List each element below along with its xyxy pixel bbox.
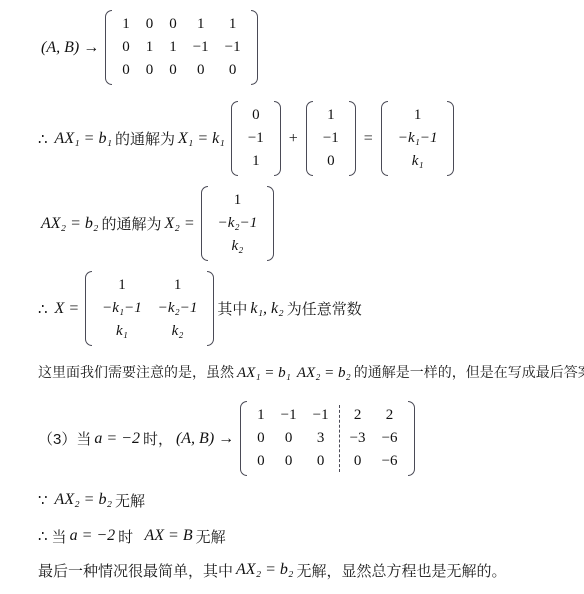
matrix-cell: 1 [249,404,273,427]
equation-ax-b: AX = B [145,527,193,545]
matrix-cell: −k₁−1 [390,127,446,150]
matrix-cell: −k₂−1 [210,212,266,235]
matrix-augmented: 1−1−1003000 22−3−60−6 [240,401,414,476]
final-remark-line: 最后一种情况很最简单，其中 AX₂ = b₂ 无解，显然总方程也是无解的。 [38,558,576,582]
matrix-cell: 1 [210,189,266,212]
matrix-cell: −6 [374,427,406,450]
vector-grid: 1−k₁−1k₁ [388,101,448,176]
equation-ax2-b2: AX₂ = b₂ [236,561,293,579]
note-paragraph: 这里面我们需要注意的是，虽然AX₁ = b₁AX₂ = b₂的通解是一样的，但是… [8,352,576,393]
label-arbitrary-constants: 为任意常数 [287,298,362,319]
left-paren [231,101,238,176]
therefore-symbol: ∴ [38,300,48,318]
label-no-solution: 无解 [115,490,145,511]
row-reduction-line: (A, B) → 10011011−1−100000 [38,10,576,85]
matrix-cell: −k₁−1 [94,297,150,320]
therefore-symbol: ∴ [38,130,48,148]
matrix-cell: 0 [161,13,185,36]
matrix-cell: 0 [249,427,273,450]
matrix-cell: 1 [114,13,138,36]
label-general-solution: 的通解为 [101,213,161,234]
matrix-cell: 0 [217,59,249,82]
because-no-solution-line: ∵ AX₂ = b₂ 无解 [38,488,576,512]
matrix-cell: 0 [249,450,273,473]
label-where: 其中 [217,298,247,319]
matrix-cell: 1 [161,36,185,59]
matrix-cell: −1 [185,36,217,59]
label-shi: 时 [118,526,141,547]
matrix-grid: 10011011−1−100000 [112,10,250,85]
equation-a-minus-2: a = −2 [70,527,116,545]
matrix-cell: −1 [273,404,305,427]
left-paren [85,271,92,346]
left-paren [201,186,208,261]
vector-grid: 1−k₂−1k₂ [208,186,268,261]
matrix-cell: 0 [273,427,305,450]
ab-arrow-expression: (A, B) → [176,430,234,448]
vector-grid: 1−10 [313,101,349,176]
matrix-cell: 0 [185,59,217,82]
equals-sign: = [364,130,373,148]
general-solution-x1-line: ∴ AX₁ = b₁ 的通解为 X₁ = k₁ 0−11 + 1−10 = 1−… [38,101,576,176]
equation-ax1-b1: AX₁ = b₁ [55,130,112,148]
vector-result-x1: 1−k₁−1k₁ [381,101,455,176]
matrix-cell: 1 [185,13,217,36]
matrix-cell: 1 [390,104,446,127]
matrix-solution-x: 11−k₁−1−k₂−1k₁k₂ [85,271,214,346]
right-paren [408,401,415,476]
because-symbol: ∵ [38,491,48,509]
matrix-cell: −1 [305,404,337,427]
matrix-cell: −3 [342,427,374,450]
matrix-cell: −6 [374,450,406,473]
vector-particular-x1: 1−10 [306,101,356,176]
matrix-cell: 0 [273,450,305,473]
matrix-cell: 2 [374,404,406,427]
plus-sign: + [289,130,298,148]
vector-result-x2: 1−k₂−1k₂ [201,186,275,261]
right-paren [447,101,454,176]
label-dang: 当 [52,526,67,547]
equation-ax2-b2: AX₂ = b₂ [41,215,98,233]
matrix-cell: −1 [240,127,272,150]
matrix-grid-constants: 22−3−60−6 [340,401,408,476]
right-paren [207,271,214,346]
left-paren [306,101,313,176]
matrix-cell: −1 [217,36,249,59]
vector-grid: 0−11 [238,101,274,176]
params-k1-k2: k₁, k₂ [250,300,283,318]
matrix-cell: 0 [240,104,272,127]
label-general-solution: 的通解为 [115,128,175,149]
equation-x: X = [55,300,80,318]
note-eq-ax2-b2: AX₂ = b₂ [297,365,351,381]
matrix-cell: 1 [217,13,249,36]
equation-ax2-b2: AX₂ = b₂ [55,491,112,509]
matrix-cell: 1 [240,150,272,173]
matrix-cell: 0 [138,59,162,82]
matrix-cell: −k₂−1 [150,297,206,320]
equation-a-minus-2: a = −2 [94,430,140,448]
vector-basis-x1: 0−11 [231,101,281,176]
matrix-cell: 0 [138,13,162,36]
left-paren [240,401,247,476]
matrix-cell: 0 [161,59,185,82]
note-eq-ax1-b1: AX₁ = b₁ [237,365,291,381]
ab-arrow-expression: (A, B) → [41,39,99,57]
therefore-symbol: ∴ [38,527,48,545]
matrix-cell: 0 [342,450,374,473]
matrix-grid-coefficients: 1−1−1003000 [247,401,338,476]
label-shi: 时， [143,428,173,449]
case-3-line: （3）当 a = −2 时， (A, B) → 1−1−1003000 22−3… [38,401,576,476]
matrix-cell: k₁ [390,150,446,173]
note-text-2: 的通解是一样的，但是在写成最后答案的时候，要把 [354,364,584,380]
therefore-no-solution-line: ∴ 当 a = −2 时 AX = B 无解 [38,524,576,548]
label-no-solution: 无解 [196,526,226,547]
matrix-reduced-ab: 10011011−1−100000 [105,10,257,85]
matrix-cell: 0 [305,450,337,473]
matrix-cell: 1 [138,36,162,59]
matrix-grid: 11−k₁−1−k₂−1k₁k₂ [92,271,207,346]
general-solution-x2-line: AX₂ = b₂ 的通解为 X₂ = 1−k₂−1k₂ [38,186,576,261]
remark-text-1: 最后一种情况很最简单，其中 [38,560,233,581]
right-paren [349,101,356,176]
right-paren [251,10,258,85]
left-paren [381,101,388,176]
left-paren [105,10,112,85]
matrix-cell: 0 [114,59,138,82]
matrix-cell: 0 [114,36,138,59]
equation-x2: X₂ = [164,215,194,233]
note-text-1: 这里面我们需要注意的是，虽然 [38,364,234,380]
matrix-cell: k₂ [210,235,266,258]
matrix-cell: 1 [150,274,206,297]
matrix-cell: −1 [315,127,347,150]
right-paren [267,186,274,261]
matrix-cell: k₂ [150,320,206,343]
remark-text-2: 无解，显然总方程也是无解的。 [296,560,506,581]
combined-solution-line: ∴ X = 11−k₁−1−k₂−1k₁k₂ 其中 k₁, k₂ 为任意常数 [38,271,576,346]
matrix-cell: 2 [342,404,374,427]
matrix-cell: 3 [305,427,337,450]
matrix-cell: 1 [315,104,347,127]
math-solution-document: { "page": { "background": "#ffffff", "te… [0,0,584,594]
case-3-label: （3）当 [38,428,91,449]
equation-x1-k1: X₁ = k₁ [178,130,225,148]
matrix-cell: k₁ [94,320,150,343]
matrix-cell: 1 [94,274,150,297]
matrix-cell: 0 [315,150,347,173]
right-paren [274,101,281,176]
